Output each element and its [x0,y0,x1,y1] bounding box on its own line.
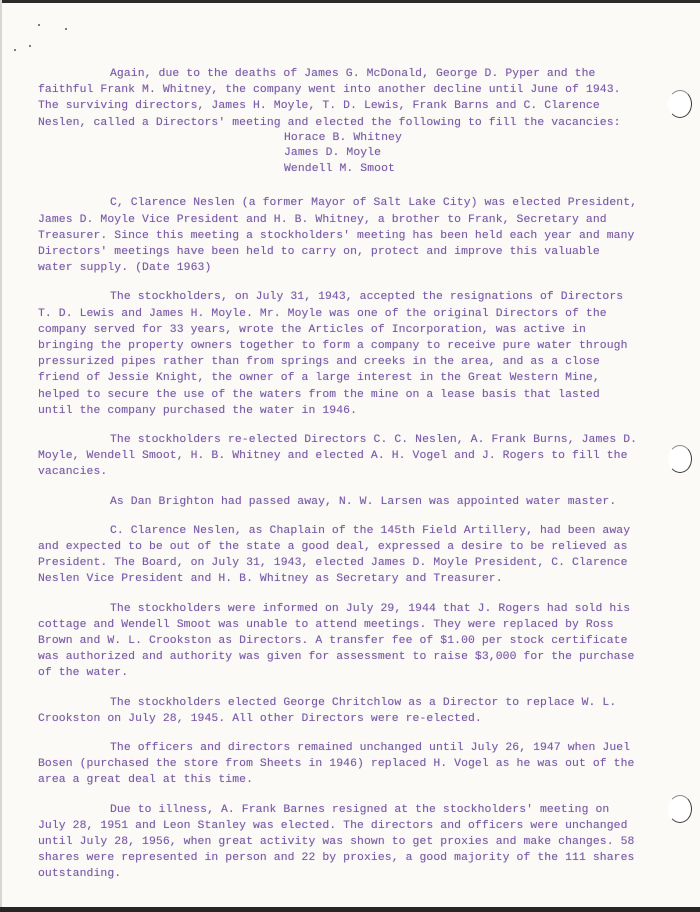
binder-hole-top [668,90,692,118]
paper-speck [38,24,40,26]
paragraph-re-elected-directors: The stockholders re-elected Directors C.… [38,432,638,481]
paper-speck [14,49,16,51]
director-name: Horace B. Whitney [284,131,638,147]
binder-hole-bottom [668,795,692,823]
paragraph-water-master: As Dan Brighton had passed away, N. W. L… [38,494,638,510]
document-page: Again, due to the deaths of James G. McD… [38,66,638,896]
paragraph-moyle-resignation: The stockholders, on July 31, 1943, acce… [38,289,638,419]
scan-edge-left [0,0,2,912]
paper-speck [65,28,67,30]
binder-hole-middle [668,445,692,473]
paragraph-directors-decline: Again, due to the deaths of James G. McD… [38,66,638,131]
paragraph-1947-change: The officers and directors remained unch… [38,740,638,789]
elected-directors-list: Horace B. Whitney James D. Moyle Wendell… [284,131,638,178]
director-name: Wendell M. Smoot [284,162,638,178]
paragraph-neslen-president: C, Clarence Neslen (a former Mayor of Sa… [38,195,638,276]
paragraph-1951-1956: Due to illness, A. Frank Barnes resigned… [38,802,638,883]
paragraph-chaplain: C. Clarence Neslen, as Chaplain of the 1… [38,523,638,588]
paragraph-1944-meeting: The stockholders were informed on July 2… [38,601,638,682]
paragraph-1945-election: The stockholders elected George Chritchl… [38,695,638,727]
scan-edge-bottom [0,907,700,912]
director-name: James D. Moyle [284,146,638,162]
paper-speck [29,45,31,47]
scan-edge-top [0,0,700,3]
